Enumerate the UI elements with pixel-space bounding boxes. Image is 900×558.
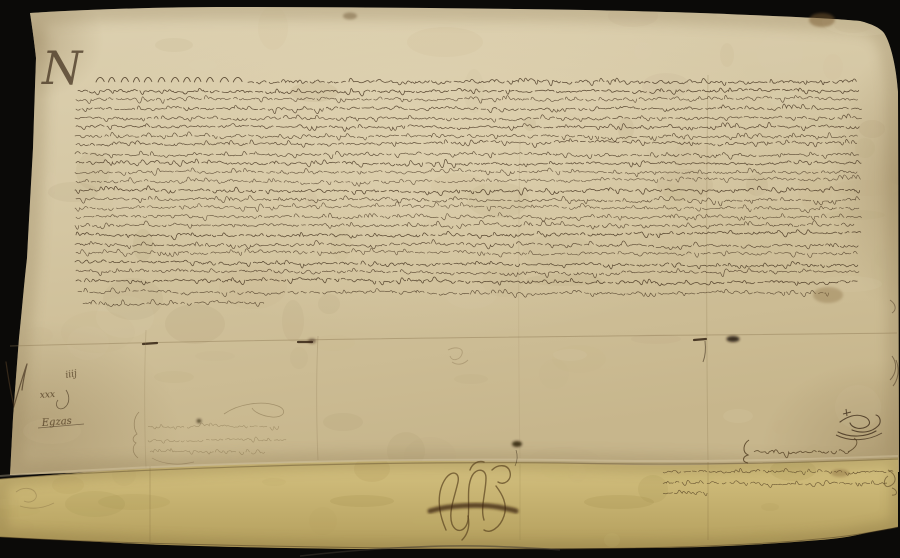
initial-letter-N: N	[41, 41, 84, 95]
margin-mark: xxx	[40, 390, 56, 401]
photo-stage: N iiijxxxEgzas	[0, 0, 900, 558]
margin-mark: iiij	[65, 369, 78, 381]
initial-letter: N	[41, 41, 84, 95]
charter-photograph: N iiijxxxEgzas	[0, 0, 900, 558]
